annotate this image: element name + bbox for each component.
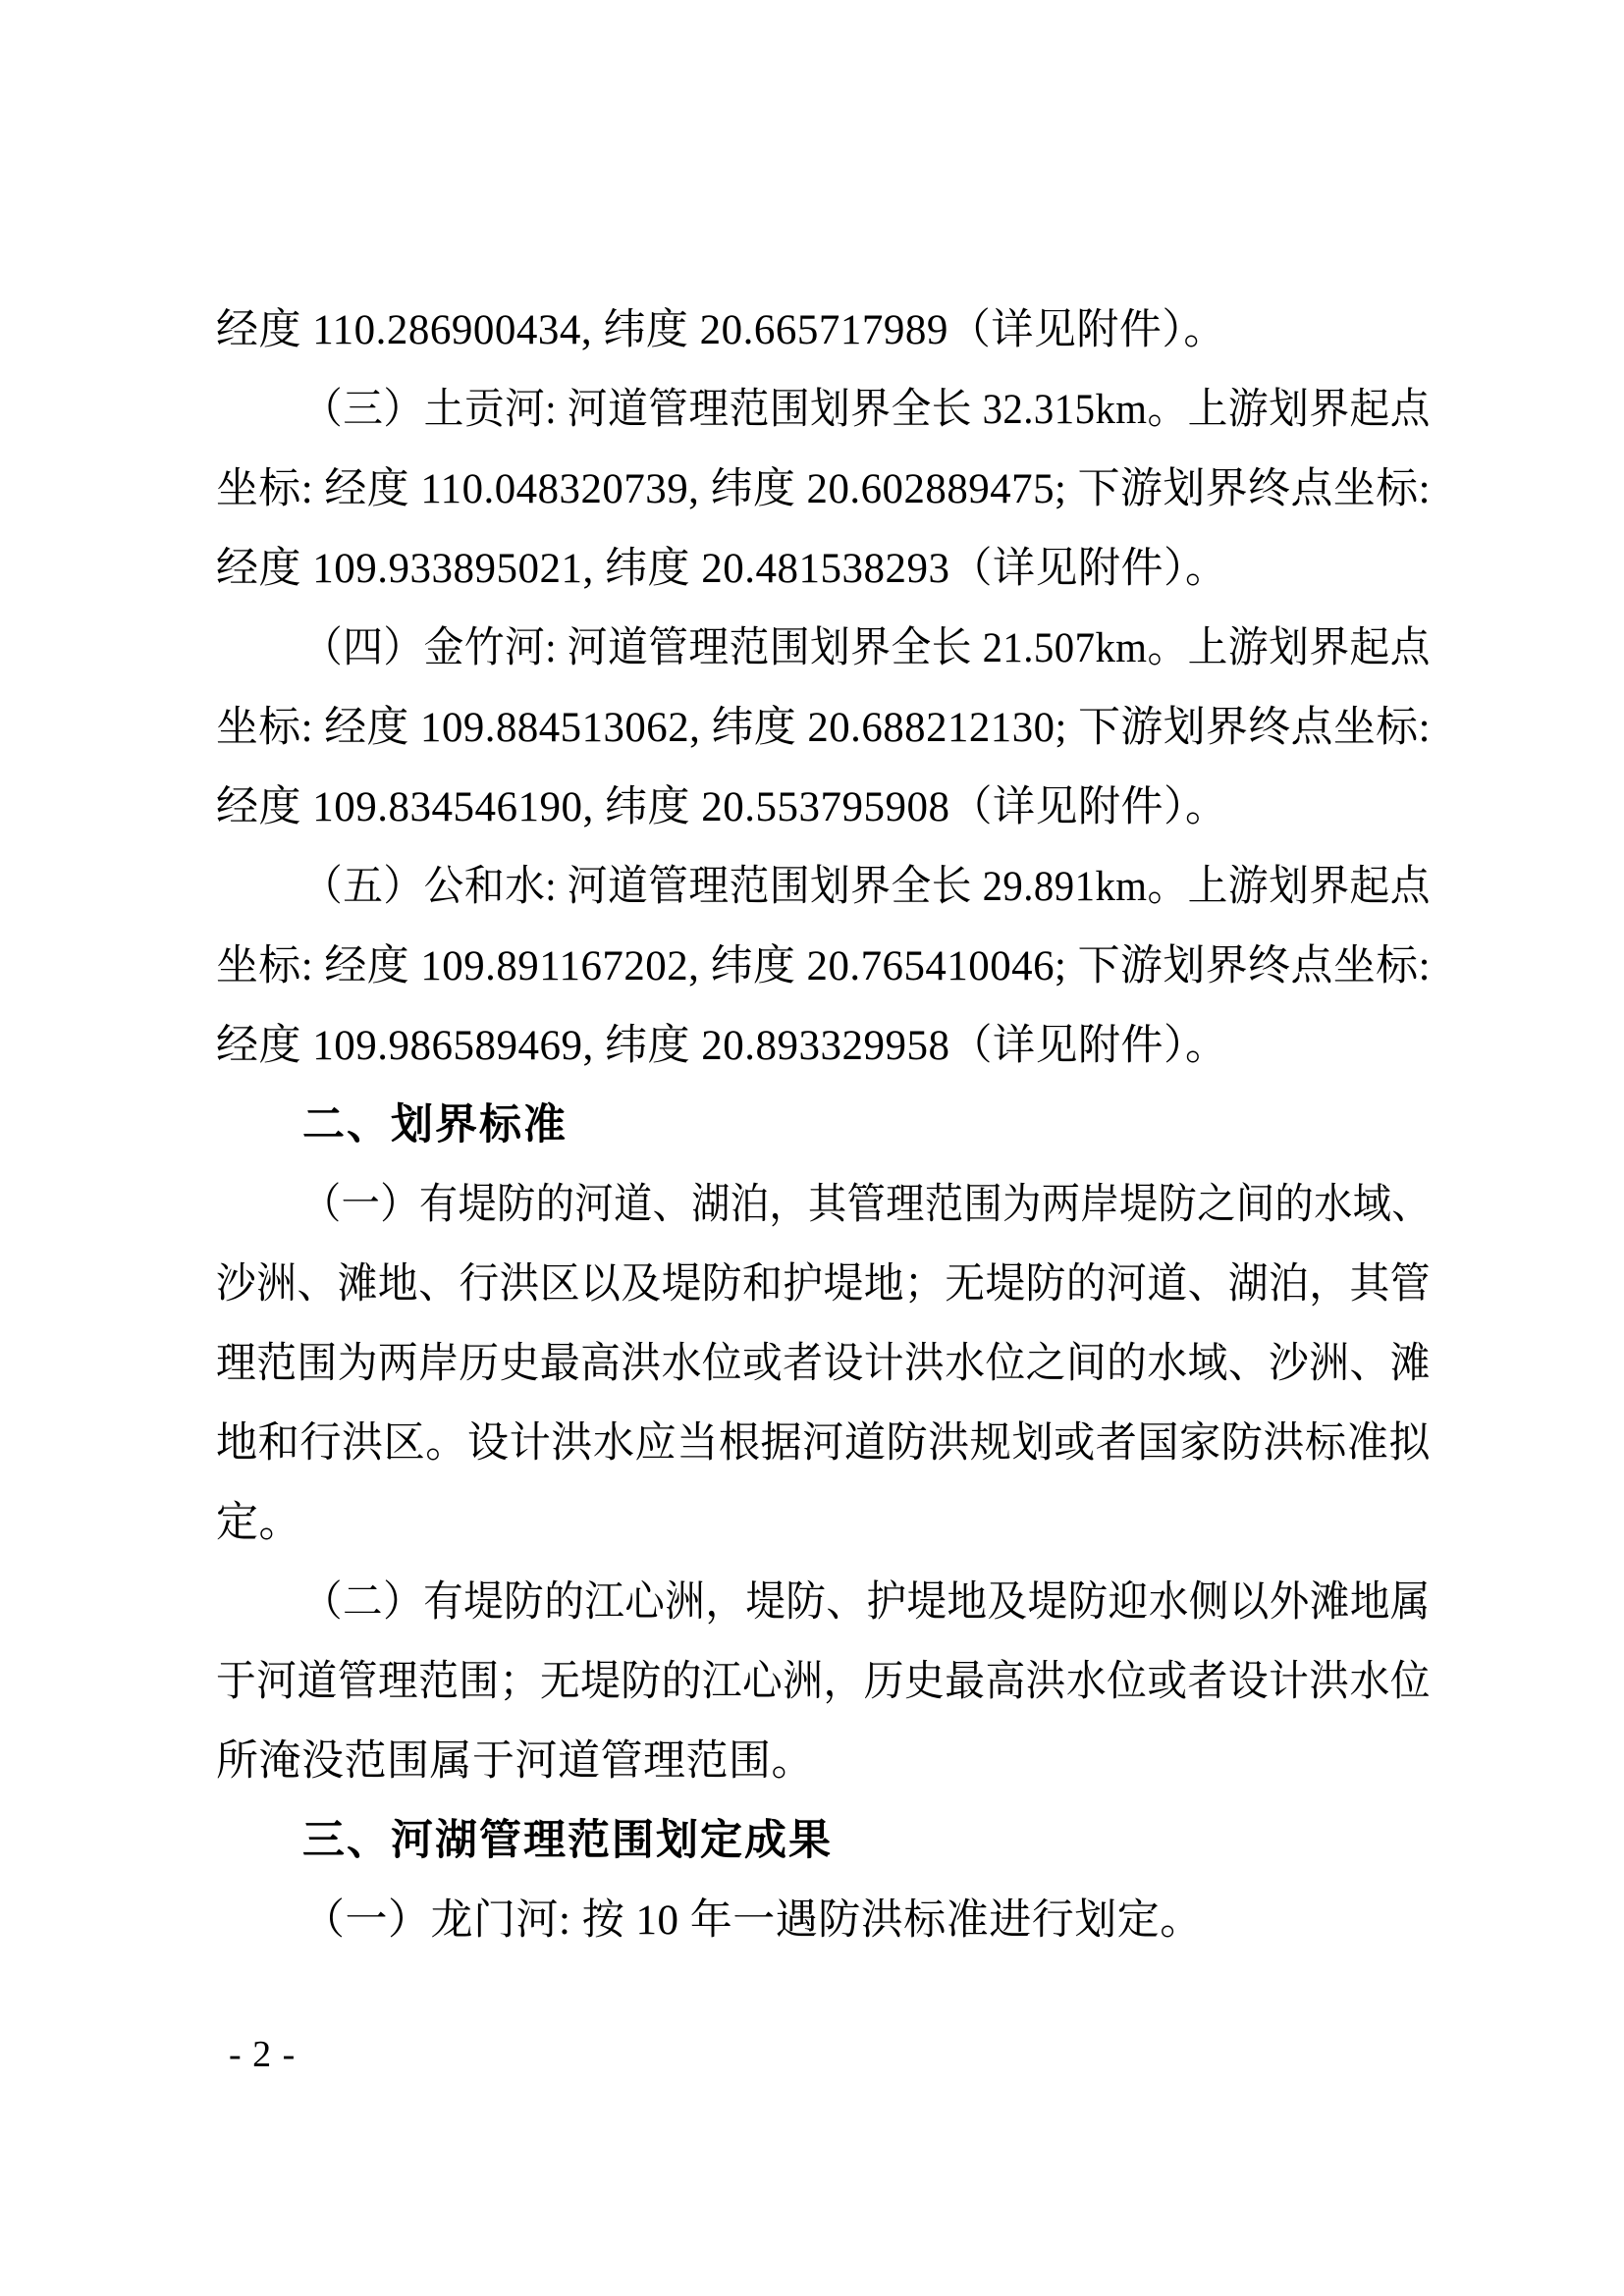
page-number: - 2 -: [229, 2034, 296, 2075]
line-text: （四）金竹河: 河道管理范围划界全长 21.507km。上游划界起点: [302, 609, 1431, 688]
line-text: 经度 109.986589469, 纬度 20.893329958（详见附件）。: [216, 1006, 1228, 1086]
line-text: （二）有堤防的江心洲，堤防、护堤地及堤防迎水侧以外滩地属: [302, 1563, 1431, 1642]
line-text: 坐标: 经度 109.884513062, 纬度 20.688212130; 下…: [216, 688, 1431, 768]
document-line: 所淹没范围属于河道管理范围。: [216, 1722, 1431, 1801]
document-line: （一）有堤防的河道、湖泊，其管理范围为两岸堤防之间的水域、: [216, 1165, 1431, 1245]
document-line: （一）龙门河: 按 10 年一遇防洪标准进行划定。: [216, 1881, 1431, 1960]
line-text: （一）有堤防的河道、湖泊，其管理范围为两岸堤防之间的水域、: [302, 1165, 1431, 1245]
document-line: 地和行洪区。设计洪水应当根据河道防洪规划或者国家防洪标准拟: [216, 1404, 1431, 1483]
document-line: 于河道管理范围；无堤防的江心洲，历史最高洪水位或者设计洪水位: [216, 1642, 1431, 1722]
line-text: 坐标: 经度 110.048320739, 纬度 20.602889475; 下…: [216, 450, 1431, 529]
line-text: （五）公和水: 河道管理范围划界全长 29.891km。上游划界起点: [302, 847, 1431, 927]
line-text: 理范围为两岸历史最高洪水位或者设计洪水位之间的水域、沙洲、滩: [216, 1324, 1431, 1404]
line-text: （三）土贡河: 河道管理范围划界全长 32.315km。上游划界起点: [302, 370, 1431, 450]
document-line: 沙洲、滩地、行洪区以及堤防和护堤地；无堤防的河道、湖泊，其管: [216, 1245, 1431, 1324]
document-line: 经度 109.834546190, 纬度 20.553795908（详见附件）。: [216, 768, 1431, 847]
document-line: 坐标: 经度 109.891167202, 纬度 20.765410046; 下…: [216, 927, 1431, 1006]
document-line: （二）有堤防的江心洲，堤防、护堤地及堤防迎水侧以外滩地属: [216, 1563, 1431, 1642]
document-line: （五）公和水: 河道管理范围划界全长 29.891km。上游划界起点: [216, 847, 1431, 927]
document-line: （三）土贡河: 河道管理范围划界全长 32.315km。上游划界起点: [216, 370, 1431, 450]
line-text: 定。: [216, 1483, 301, 1563]
line-text: 三、河湖管理范围划定成果: [302, 1801, 833, 1881]
document-line: 定。: [216, 1483, 1431, 1563]
document-line: 坐标: 经度 110.048320739, 纬度 20.602889475; 下…: [216, 450, 1431, 529]
line-text: （一）龙门河: 按 10 年一遇防洪标准进行划定。: [302, 1881, 1203, 1960]
line-text: 沙洲、滩地、行洪区以及堤防和护堤地；无堤防的河道、湖泊，其管: [216, 1245, 1431, 1324]
line-text: 地和行洪区。设计洪水应当根据河道防洪规划或者国家防洪标准拟: [216, 1404, 1431, 1483]
line-text: 经度 109.834546190, 纬度 20.553795908（详见附件）。: [216, 768, 1228, 847]
section-heading: 三、河湖管理范围划定成果: [216, 1801, 1431, 1881]
document-line: 坐标: 经度 109.884513062, 纬度 20.688212130; 下…: [216, 688, 1431, 768]
document-line: （四）金竹河: 河道管理范围划界全长 21.507km。上游划界起点: [216, 609, 1431, 688]
line-text: 坐标: 经度 109.891167202, 纬度 20.765410046; 下…: [216, 927, 1431, 1006]
document-line: 经度 110.286900434, 纬度 20.665717989（详见附件）。: [216, 291, 1431, 370]
document-line: 经度 109.986589469, 纬度 20.893329958（详见附件）。: [216, 1006, 1431, 1086]
line-text: 于河道管理范围；无堤防的江心洲，历史最高洪水位或者设计洪水位: [216, 1642, 1431, 1722]
line-text: 经度 110.286900434, 纬度 20.665717989（详见附件）。: [216, 291, 1226, 370]
section-heading: 二、划界标准: [216, 1086, 1431, 1165]
document-page: 经度 110.286900434, 纬度 20.665717989（详见附件）。…: [0, 0, 1624, 2296]
line-text: 所淹没范围属于河道管理范围。: [216, 1722, 814, 1801]
document-body: 经度 110.286900434, 纬度 20.665717989（详见附件）。…: [216, 291, 1431, 1960]
line-text: 经度 109.933895021, 纬度 20.481538293（详见附件）。: [216, 529, 1228, 609]
line-text: 二、划界标准: [302, 1086, 568, 1165]
document-line: 经度 109.933895021, 纬度 20.481538293（详见附件）。: [216, 529, 1431, 609]
document-line: 理范围为两岸历史最高洪水位或者设计洪水位之间的水域、沙洲、滩: [216, 1324, 1431, 1404]
